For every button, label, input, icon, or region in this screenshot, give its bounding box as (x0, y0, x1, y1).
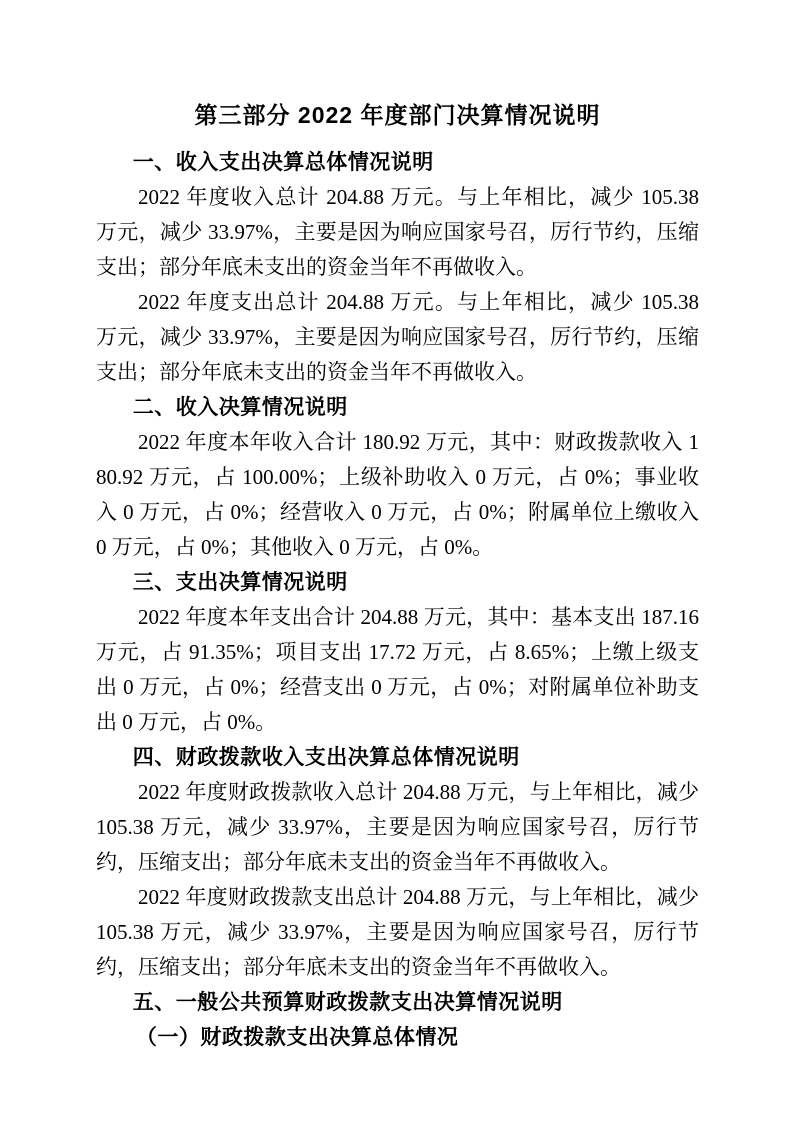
page-title: 第三部分 2022 年度部门决算情况说明 (96, 100, 699, 130)
document-section: 五、一般公共预算财政拨款支出决算情况说明 (96, 985, 699, 1020)
paragraph: 2022 年度财政拨款收入总计 204.88 万元，与上年相比，减少 105.3… (96, 775, 699, 880)
document-body: 一、收入支出决算总体情况说明 2022 年度收入总计 204.88 万元。与上年… (96, 145, 699, 1055)
document-section: 三、支出决算情况说明 2022 年度本年支出合计 204.88 万元，其中：基本… (96, 565, 699, 740)
document-section: 二、收入决算情况说明 2022 年度本年收入合计 180.92 万元，其中：财政… (96, 390, 699, 565)
paragraph: 2022 年度收入总计 204.88 万元。与上年相比，减少 105.38 万元… (96, 180, 699, 285)
section-heading: 三、支出决算情况说明 (96, 565, 699, 600)
section-heading: （一）财政拨款支出决算总体情况 (96, 1020, 699, 1055)
section-heading: 五、一般公共预算财政拨款支出决算情况说明 (96, 985, 699, 1020)
document-section: 四、财政拨款收入支出决算总体情况说明 2022 年度财政拨款收入总计 204.8… (96, 740, 699, 985)
section-heading: 一、收入支出决算总体情况说明 (96, 145, 699, 180)
document-section: （一）财政拨款支出决算总体情况 (96, 1020, 699, 1055)
section-heading: 二、收入决算情况说明 (96, 390, 699, 425)
paragraph: 2022 年度本年收入合计 180.92 万元，其中：财政拨款收入 180.92… (96, 425, 699, 565)
paragraph: 2022 年度支出总计 204.88 万元。与上年相比，减少 105.38 万元… (96, 285, 699, 390)
paragraph: 2022 年度本年支出合计 204.88 万元，其中：基本支出 187.16 万… (96, 600, 699, 740)
section-heading: 四、财政拨款收入支出决算总体情况说明 (96, 740, 699, 775)
document-page: 第三部分 2022 年度部门决算情况说明 一、收入支出决算总体情况说明 2022… (0, 0, 793, 1122)
paragraph: 2022 年度财政拨款支出总计 204.88 万元，与上年相比，减少 105.3… (96, 880, 699, 985)
document-section: 一、收入支出决算总体情况说明 2022 年度收入总计 204.88 万元。与上年… (96, 145, 699, 390)
